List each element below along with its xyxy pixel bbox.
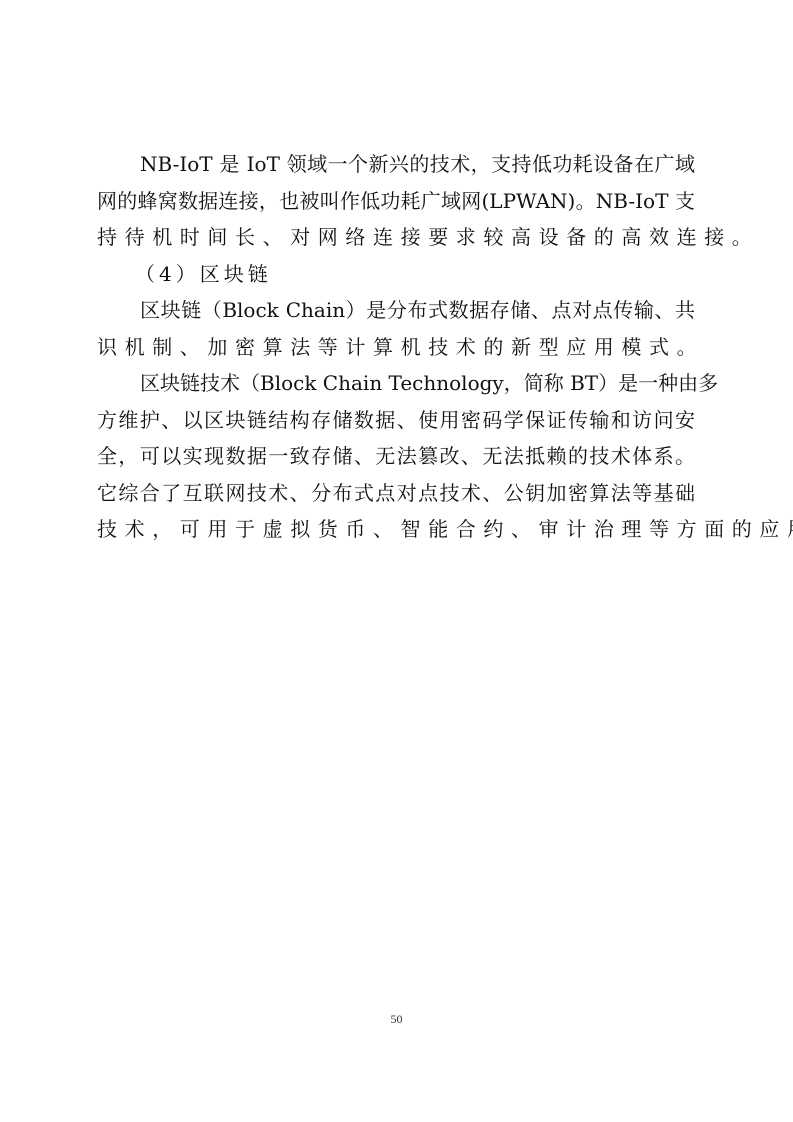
text-line: 区块链技术（Block Chain Technology，简称 BT）是一种由多 <box>97 365 695 402</box>
paragraph-blockchain-definition: 区块链（Block Chain）是分布式数据存储、点对点传输、共 识机制、加密算… <box>97 292 695 365</box>
paragraph-blockchain-technology: 区块链技术（Block Chain Technology，简称 BT）是一种由多… <box>97 365 695 548</box>
text-line: 它综合了互联网技术、分布式点对点技术、公钥加密算法等基础 <box>97 475 695 512</box>
body-text: NB-IoT 是 IoT 领域一个新兴的技术，支持低功耗设备在广域 网的蜂窝数据… <box>97 146 695 548</box>
text-line: 区块链（Block Chain）是分布式数据存储、点对点传输、共 <box>97 292 695 329</box>
document-page: NB-IoT 是 IoT 领域一个新兴的技术，支持低功耗设备在广域 网的蜂窝数据… <box>0 0 793 1122</box>
text-line: 识机制、加密算法等计算机技术的新型应用模式。 <box>97 329 695 366</box>
section-heading-blockchain: （4）区块链 <box>97 256 695 293</box>
text-line: 持待机时间长、对网络连接要求较高设备的高效连接。 <box>97 219 695 256</box>
text-line: NB-IoT 是 IoT 领域一个新兴的技术，支持低功耗设备在广域 <box>97 146 695 183</box>
page-number: 50 <box>0 1012 793 1027</box>
section-heading: （4）区块链 <box>97 256 695 293</box>
text-line: 技术，可用于虚拟货币、智能合约、审计治理等方面的应用。 <box>97 511 695 548</box>
text-line: 全，可以实现数据一致存储、无法篡改、无法抵赖的技术体系。 <box>97 438 695 475</box>
paragraph-nb-iot: NB-IoT 是 IoT 领域一个新兴的技术，支持低功耗设备在广域 网的蜂窝数据… <box>97 146 695 256</box>
text-line: 方维护、以区块链结构存储数据、使用密码学保证传输和访问安 <box>97 402 695 439</box>
text-line: 网的蜂窝数据连接，也被叫作低功耗广域网(LPWAN)。NB-IoT 支 <box>97 183 695 220</box>
